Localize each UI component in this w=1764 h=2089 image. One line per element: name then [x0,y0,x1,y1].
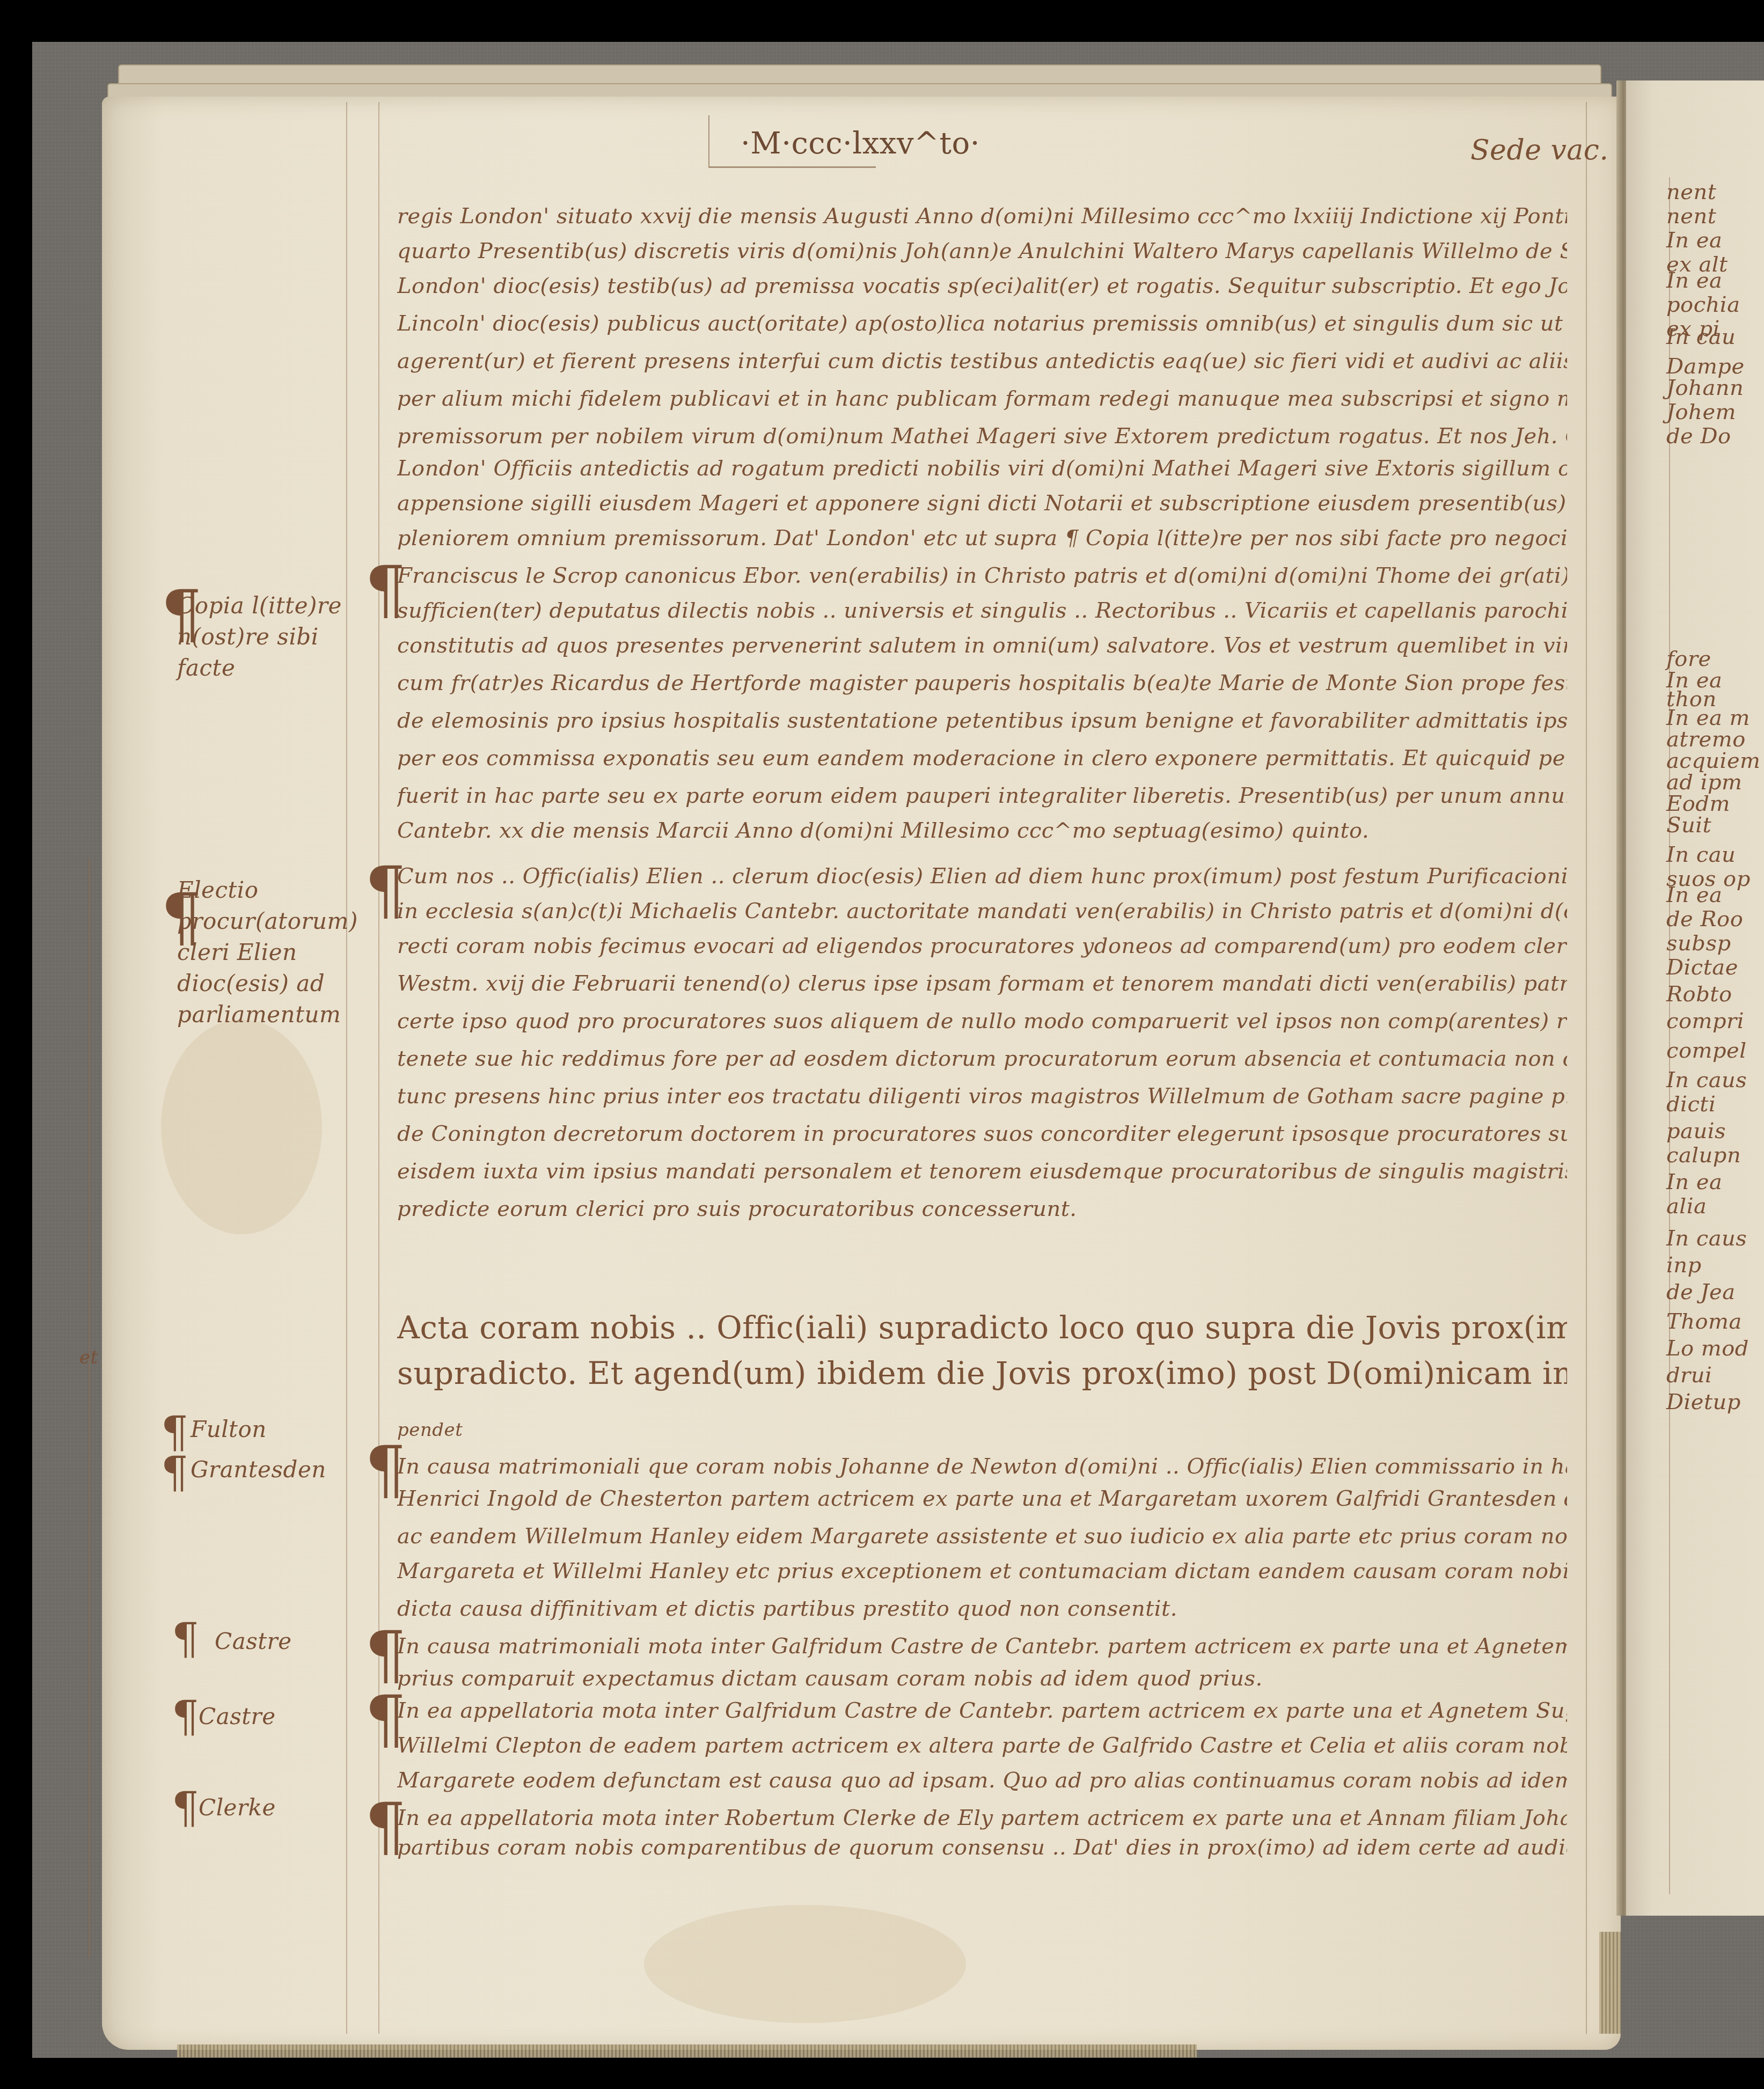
stain [161,1020,322,1234]
fragment: nent [1666,204,1716,229]
heading-line: Acta coram nobis .. Offic(iali) supradic… [397,1309,1567,1346]
text-line: certe ipso quod pro procuratores suos al… [397,1009,1567,1033]
fragment: Dictae [1666,955,1738,980]
fragment: pochia [1666,292,1740,317]
text-line: In causa matrimoniali mota inter Galfrid… [397,1634,1567,1659]
fragment: dicti [1666,1092,1716,1117]
fragment: subsp [1666,931,1731,956]
stain [644,1905,966,2023]
paragraph-mark: ¶ [172,1618,199,1661]
text-line: constitutis ad quos presentes pervenerin… [397,633,1567,658]
text-line: quarto Presentib(us) discretis viris d(o… [397,239,1567,263]
margin-note-copia: Copia l(itte)re n(ost)re sibi facte [177,590,360,684]
text-line: de elemosinis pro ipsius hospitalis sust… [397,708,1567,733]
text-line: cum fr(atr)es Ricardus de Hertforde magi… [397,671,1567,695]
text-line: agerent(ur) et fierent presens interfui … [397,349,1567,373]
text-line: Margareta et Willelmi Hanley etc prius e… [397,1559,1567,1584]
text-line: de Conington decretorum doctorem in proc… [397,1122,1567,1146]
text-line: London' Officiis antedictis ad rogatum p… [397,456,1567,481]
text-line: Lincoln' dioc(esis) publicus auct(oritat… [397,311,1567,336]
fragment: In caus [1666,1068,1747,1093]
paragraph-mark: ¶ [172,1787,199,1830]
text-line: per alium michi fidelem publicavi et in … [397,386,1567,411]
fragment: Robto [1666,982,1732,1007]
text-line: ac eandem Willelmum Hanley eidem Margare… [397,1524,1567,1549]
fragment: In ea [1666,883,1722,907]
fragment: Dietup [1666,1390,1741,1414]
fragment: compri [1666,1009,1744,1033]
text-line: tunc presens hinc prius inter eos tracta… [397,1084,1567,1109]
text-line: regis London' situato xxvij die mensis A… [397,204,1567,229]
text-line: Franciscus le Scrop canonicus Ebor. ven(… [397,563,1567,588]
text-line: per eos commissa exponatis seu eum eande… [397,746,1567,771]
margin-rule-left [346,102,347,2034]
text-line: Margarete eodem defunctam est causa quo … [397,1768,1567,1793]
frayed-edge-right [1599,1932,1621,2034]
fragment: de Do [1666,424,1731,449]
text-line: Cantebr. xx die mensis Marcii Anno d(omi… [397,818,1567,843]
text-line: dicta causa diffinitivam et dictis parti… [397,1596,1567,1621]
fragment: pauis [1666,1119,1726,1144]
fragment: In ea [1666,228,1722,253]
text-line: fuerit in hac parte seu ex parte eorum e… [397,783,1567,808]
margin-note-fulton: Fulton [191,1414,373,1445]
fragment: In caus [1666,1226,1747,1251]
margin-note-castre: Castre [199,1701,381,1732]
fragment: Suit [1666,813,1711,838]
heading-line: supradicto. Et agend(um) ibidem die Jovi… [397,1355,1567,1391]
fragment: de Roo [1666,907,1743,932]
text-line: In causa matrimoniali que coram nobis Jo… [397,1454,1567,1479]
frame-left [0,0,32,2089]
text-line: In ea appellatoria mota inter Galfridum … [397,1698,1567,1723]
frayed-edge [177,2044,1197,2057]
text-line: Henrici Ingold de Chesterton partem actr… [397,1486,1567,1511]
margin-note-grantesden: Grantesden [191,1454,373,1485]
text-line: London' dioc(esis) testib(us) ad premiss… [397,274,1567,298]
margin-note-castre: Castre [215,1626,397,1657]
frame-bottom [0,2058,1764,2089]
fragment: Lo mod [1666,1336,1749,1361]
text-line: in ecclesia s(an)c(t)i Michaelis Cantebr… [397,899,1567,923]
running-head: Sede vac. [1470,134,1609,166]
fragment: In cau [1666,842,1736,867]
gutter-note: et [79,1347,98,1368]
frame-top [0,0,1764,32]
text-line: partibus coram nobis comparentibus de qu… [397,1835,1567,1860]
text-line: Willelmi Clepton de eadem partem actrice… [397,1733,1567,1758]
text-line: eisdem iuxta vim ipsius mandati personal… [397,1159,1567,1184]
margin-note-clerke: Clerke [199,1792,381,1823]
text-line: prius comparuit expectamus dictam causam… [397,1666,1567,1691]
gutter-rule [89,859,90,1959]
fragment: nent [1666,180,1716,204]
fragment: inp [1666,1253,1702,1278]
fragment: In cau [1666,325,1736,349]
text-line: Westm. xvij die Februarii tenend(o) cler… [397,971,1567,996]
text-line: premissorum per nobilem virum d(omi)num … [397,424,1567,449]
fragment: Johann [1666,376,1744,400]
fragment: alia [1666,1194,1707,1219]
text-line: pleniorem omnium premissorum. Dat' Londo… [397,526,1567,551]
fragment: drui [1666,1363,1712,1388]
text-line: sufficien(ter) deputatus dilectis nobis … [397,598,1567,623]
fragment: compel [1666,1038,1746,1063]
margin-note-electio: Electio procur(atorum) cleri Elien dioc(… [177,875,360,1030]
text-line: In ea appellatoria mota inter Robertum C… [397,1806,1567,1830]
fragment: calupn [1666,1143,1741,1168]
text-line: predicte eorum clerici pro suis procurat… [397,1197,1567,1221]
paragraph-mark: ¶ [161,1452,188,1494]
fragment: In ea [1666,268,1722,293]
fragment: Johem [1666,400,1736,424]
pendet-note: pendet [397,1419,1567,1441]
fragment: Thoma [1666,1309,1742,1334]
text-line: appensione sigilli eiusdem Mageri et app… [397,491,1567,516]
text-line: Cum nos .. Offic(ialis) Elien .. clerum … [397,864,1567,889]
text-line: tenete sue hic reddimus fore per ad eosd… [397,1046,1567,1071]
folio-header: ·M·ccc·lxxv^to· [741,126,980,161]
fragment: de Jea [1666,1280,1736,1304]
text-rule-right [1586,102,1587,2034]
text-line: recti coram nobis fecimus evocari ad eli… [397,934,1567,958]
fragment: In ea [1666,1170,1722,1194]
paragraph-mark: ¶ [172,1696,199,1739]
